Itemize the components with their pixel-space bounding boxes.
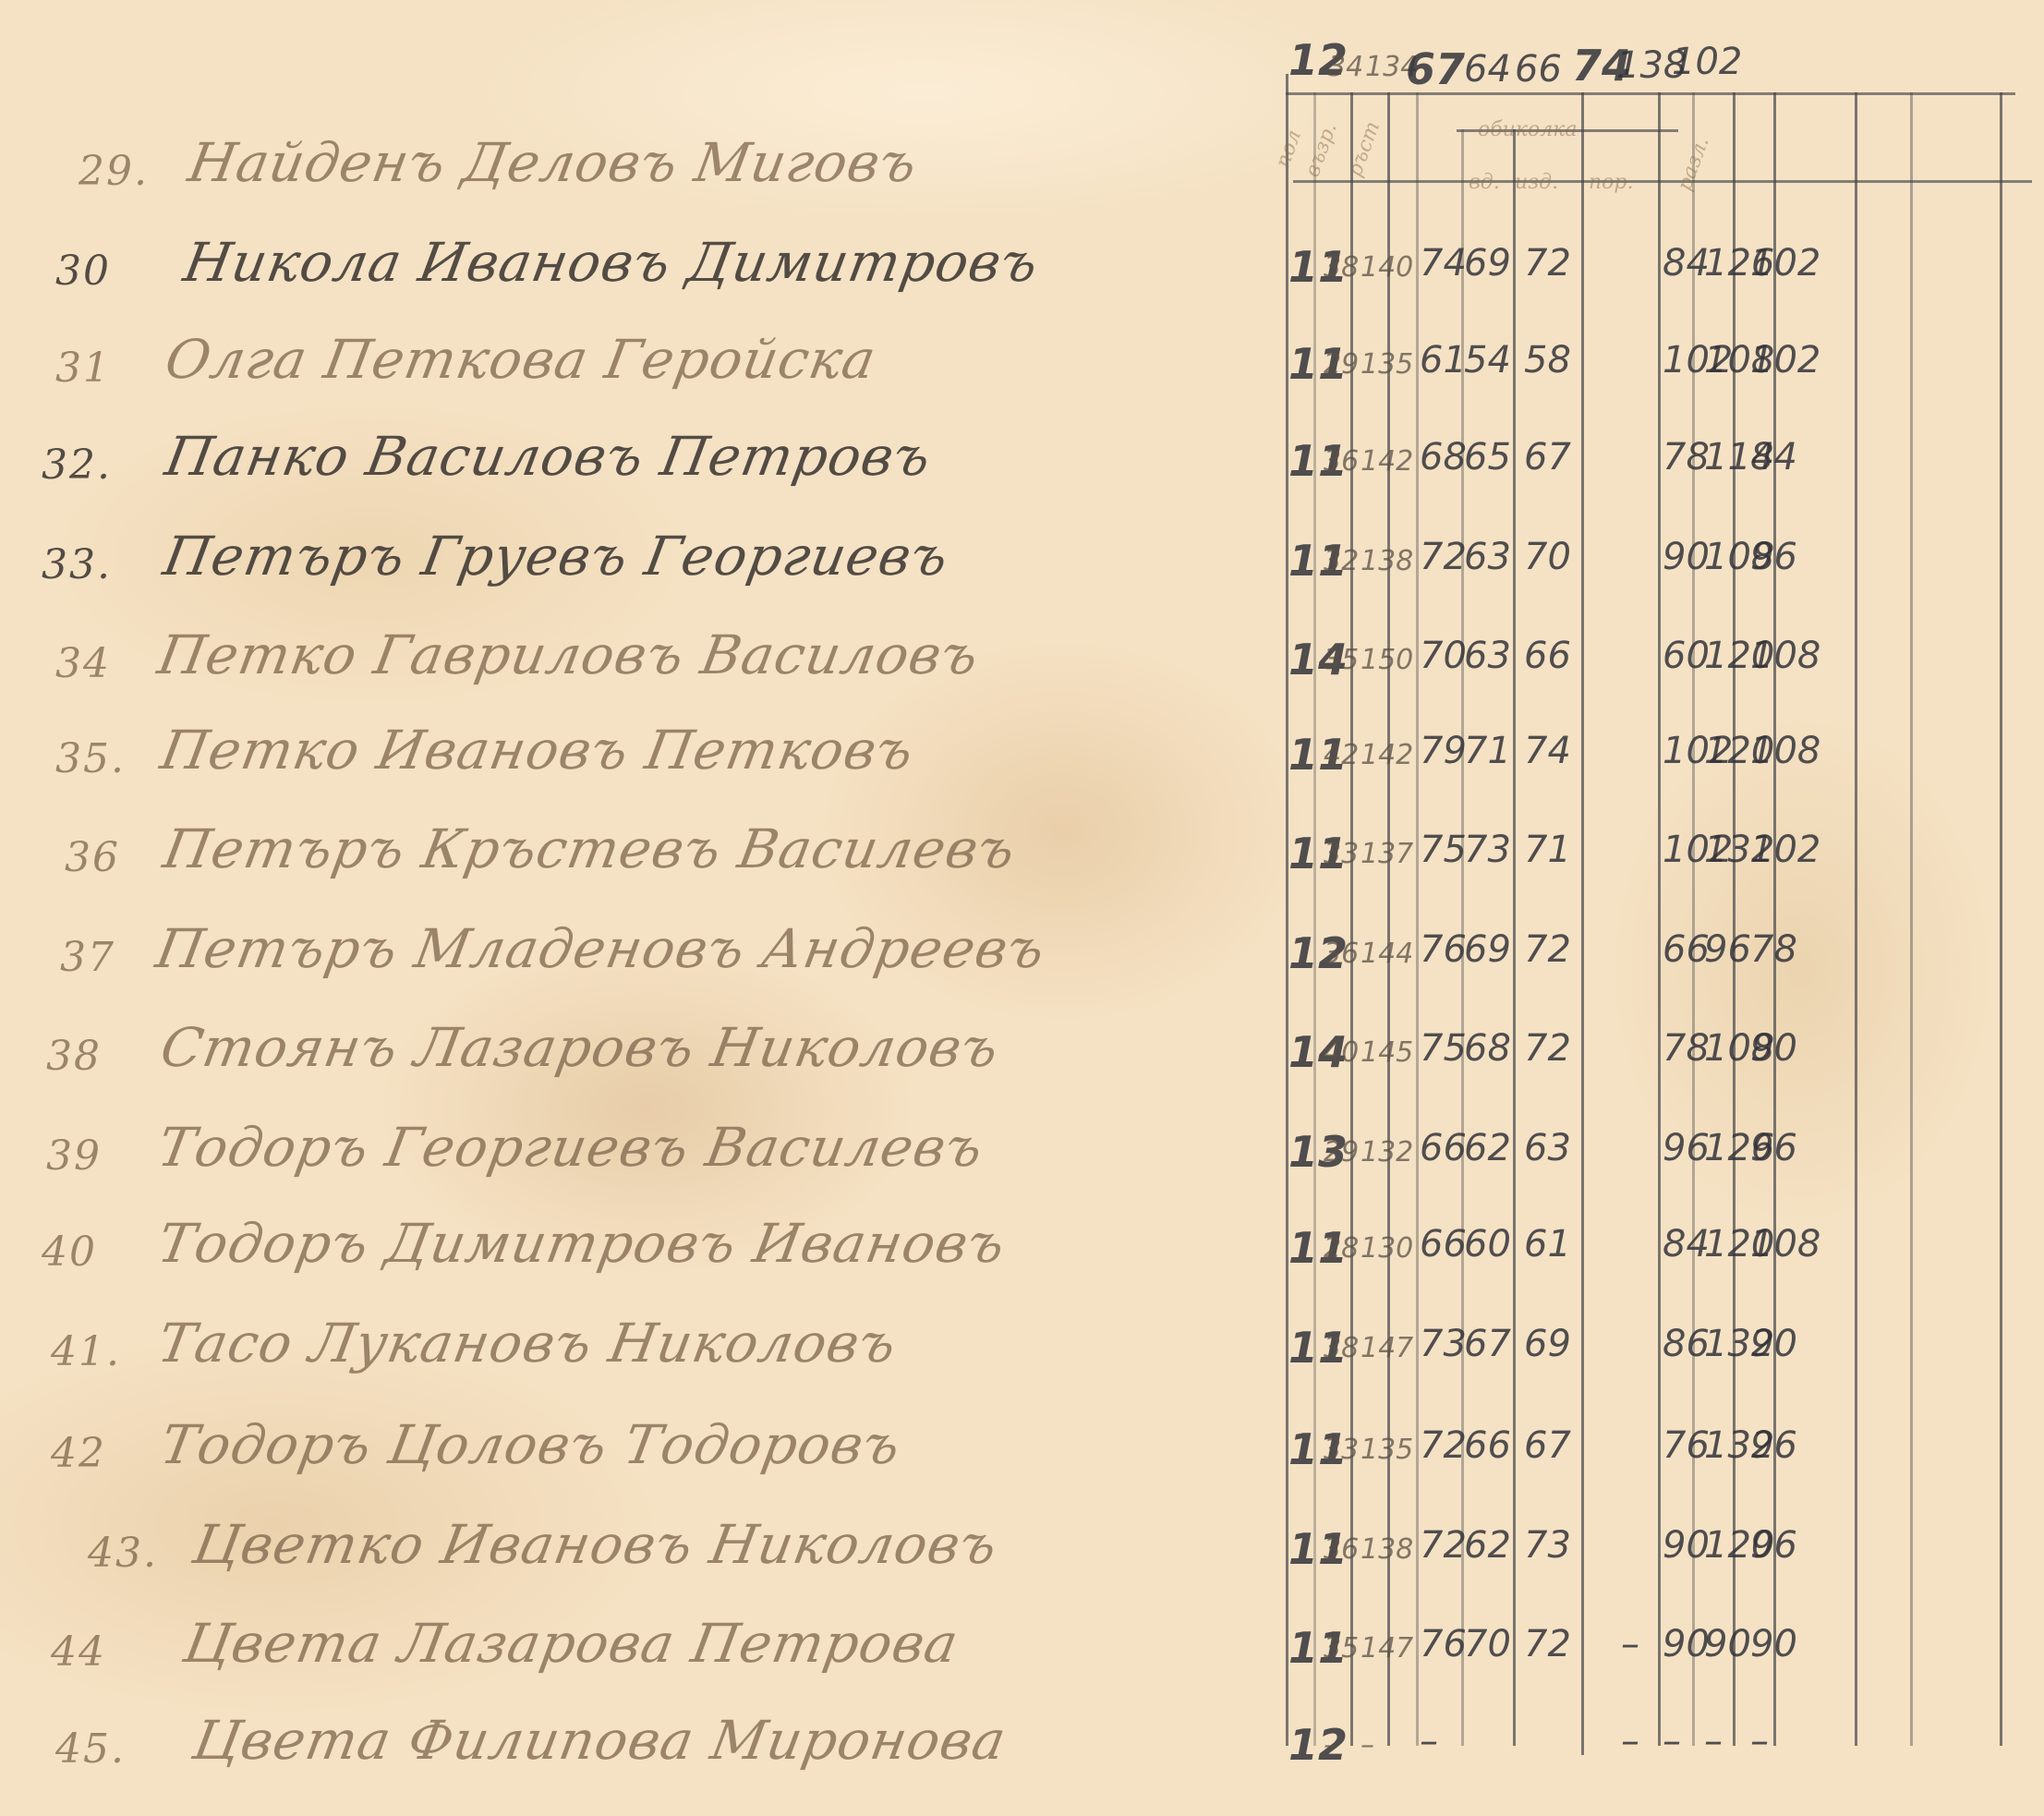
row-number: 29. xyxy=(79,148,149,195)
measurement-cell: 72 xyxy=(1420,1424,1467,1467)
measurement-cell: 96 xyxy=(1663,1127,1710,1169)
header-value: 34 xyxy=(1328,51,1363,83)
measurement-cell: 29 xyxy=(1324,1136,1359,1168)
measurement-cell: 140 xyxy=(1361,251,1413,284)
measurement-cell: 70 xyxy=(1420,635,1467,677)
measurement-cell: 96 xyxy=(1704,928,1751,971)
measurement-cell: – xyxy=(1420,1720,1438,1762)
measurement-cell: 69 xyxy=(1524,1323,1571,1365)
measurement-cell: 102 xyxy=(1750,339,1820,381)
column-divider xyxy=(1910,92,1913,1746)
row-number: 39 xyxy=(46,1132,102,1180)
measurement-cell: 74 xyxy=(1524,730,1571,772)
row-number: 34 xyxy=(55,640,111,687)
measurement-cell: 35 xyxy=(1324,1632,1359,1665)
header-bottom-rule xyxy=(1293,180,2032,183)
measurement-cell: 102 xyxy=(1750,829,1820,871)
column-divider xyxy=(1350,92,1353,1746)
measurement-cell: 72 xyxy=(1420,536,1467,578)
measurement-cell: 66 xyxy=(1464,1424,1511,1467)
measurement-cell: 67 xyxy=(1464,1323,1511,1365)
measurement-cell: 42 xyxy=(1324,739,1359,771)
measurement-cell: 72 xyxy=(1524,242,1571,285)
measurement-cell: 79 xyxy=(1420,730,1467,772)
person-name: Петко Гавриловъ Василовъ xyxy=(153,623,984,686)
measurement-cell: 66 xyxy=(1663,928,1710,971)
measurement-cell: 35 xyxy=(1324,644,1359,676)
row-number: 37 xyxy=(60,934,115,981)
measurement-cell: 76 xyxy=(1663,1424,1710,1467)
measurement-cell: 75 xyxy=(1420,1027,1467,1070)
person-name: Тодоръ Георгиевъ Василевъ xyxy=(153,1116,988,1179)
person-name: Панко Василовъ Петровъ xyxy=(161,425,936,488)
measurement-cell: 71 xyxy=(1464,730,1511,772)
measurement-cell: 73 xyxy=(1464,829,1511,871)
header-value: 102 xyxy=(1672,41,1742,83)
measurement-cell: 108 xyxy=(1750,635,1820,677)
measurement-cell: 70 xyxy=(1464,1623,1511,1665)
measurement-cell: 66 xyxy=(1420,1127,1467,1169)
column-divider xyxy=(1286,74,1288,1746)
ledger-page: пол възр. ръст обиколка вд. изд. пор. ра… xyxy=(0,0,2044,1816)
row-number: 41. xyxy=(51,1328,121,1375)
measurement-cell: 142 xyxy=(1361,445,1413,478)
measurement-cell: 145 xyxy=(1361,1036,1413,1069)
measurement-cell: 132 xyxy=(1361,1136,1413,1168)
measurement-cell: 12 xyxy=(1288,1720,1348,1770)
measurement-cell: 36 xyxy=(1324,1533,1359,1566)
measurement-cell: 62 xyxy=(1464,1127,1511,1169)
measurement-cell: 54 xyxy=(1464,339,1511,381)
row-number: 43. xyxy=(88,1530,158,1577)
measurement-cell: 28 xyxy=(1324,1232,1359,1265)
measurement-cell: 60 xyxy=(1663,635,1710,677)
measurement-cell: 69 xyxy=(1464,242,1511,285)
column-header-label: възр. xyxy=(1301,120,1342,180)
measurement-cell: 76 xyxy=(1420,1623,1467,1665)
header-value: 66 xyxy=(1515,48,1562,91)
measurement-cell: 72 xyxy=(1420,1524,1467,1567)
column-divider xyxy=(1855,92,1857,1746)
measurement-cell: 138 xyxy=(1361,545,1413,577)
measurement-cell: 142 xyxy=(1361,739,1413,771)
measurement-cell: 76 xyxy=(1420,928,1467,971)
measurement-cell: 147 xyxy=(1361,1632,1413,1665)
column-divider xyxy=(1513,129,1516,1746)
person-name: Петъръ Младеновъ Андреевъ xyxy=(151,917,1050,980)
measurement-cell: 78 xyxy=(1750,928,1797,971)
row-number: 40 xyxy=(42,1229,97,1276)
measurement-cell: 96 xyxy=(1750,1127,1797,1169)
measurement-cell: 84 xyxy=(1663,242,1710,285)
measurement-cell: 66 xyxy=(1420,1223,1467,1265)
column-divider xyxy=(1387,92,1390,1746)
person-name: Никола Ивановъ Димитровъ xyxy=(179,231,1044,294)
measurement-cell: 33 xyxy=(1324,838,1359,870)
measurement-cell: 68 xyxy=(1420,436,1467,478)
measurement-cell: 66 xyxy=(1524,635,1571,677)
measurement-cell: 130 xyxy=(1361,1232,1413,1265)
measurement-cell: 67 xyxy=(1524,436,1571,478)
measurement-cell: 90 xyxy=(1663,1524,1710,1567)
measurement-cell: 96 xyxy=(1750,1524,1797,1567)
measurement-cell: 63 xyxy=(1464,635,1511,677)
measurement-cell: 69 xyxy=(1464,928,1511,971)
measurement-cell: 29 xyxy=(1324,348,1359,381)
measurement-cell: 90 xyxy=(1750,1623,1797,1665)
measurement-cell: 65 xyxy=(1464,436,1511,478)
measurement-cell: 38 xyxy=(1324,251,1359,284)
row-number: 32. xyxy=(42,442,112,489)
measurement-cell: – xyxy=(1621,1623,1639,1665)
measurement-cell: 72 xyxy=(1524,928,1571,971)
table-top-rule xyxy=(1286,92,2015,95)
measurement-cell: 74 xyxy=(1420,242,1467,285)
person-name: Найденъ Деловъ Миговъ xyxy=(184,131,922,194)
measurement-cell: 108 xyxy=(1750,1223,1820,1265)
measurement-cell: 67 xyxy=(1524,1424,1571,1467)
row-number: 44 xyxy=(51,1628,106,1676)
person-name: Петъръ Кръстевъ Василевъ xyxy=(159,817,1021,880)
row-number: 45. xyxy=(55,1725,126,1773)
column-header-label: обиколка xyxy=(1478,118,1578,141)
measurement-cell: 73 xyxy=(1420,1323,1467,1365)
measurement-cell: 90 xyxy=(1663,536,1710,578)
measurement-cell: – xyxy=(1324,1729,1337,1762)
row-number: 30 xyxy=(55,248,111,295)
measurement-cell: 62 xyxy=(1464,1524,1511,1567)
person-name: Тодоръ Цоловъ Тодоровъ xyxy=(156,1413,905,1476)
measurement-cell: 102 xyxy=(1750,242,1820,285)
measurement-cell: 33 xyxy=(1324,1434,1359,1466)
column-divider xyxy=(2000,92,2002,1746)
measurement-cell: 61 xyxy=(1420,339,1467,381)
measurement-cell: 32 xyxy=(1324,545,1359,577)
row-number: 42 xyxy=(51,1430,106,1477)
measurement-cell: 90 xyxy=(1663,1623,1710,1665)
measurement-cell: 138 xyxy=(1361,1533,1413,1566)
measurement-cell: 135 xyxy=(1361,348,1413,381)
measurement-cell: 96 xyxy=(1750,536,1797,578)
column-divider xyxy=(1416,92,1419,1746)
row-number: 36 xyxy=(65,834,120,881)
person-name: Стоянъ Лазаровъ Николовъ xyxy=(156,1016,1004,1079)
column-header-label: вд. xyxy=(1469,171,1500,194)
measurement-cell: 40 xyxy=(1324,1036,1359,1069)
column-divider xyxy=(1581,92,1584,1755)
row-number: 33. xyxy=(42,541,112,588)
person-name: Петъръ Груевъ Георгиевъ xyxy=(159,525,953,587)
measurement-cell: 78 xyxy=(1663,1027,1710,1070)
measurement-cell: 137 xyxy=(1361,838,1413,870)
measurement-cell: 96 xyxy=(1750,1424,1797,1467)
measurement-cell: 86 xyxy=(1663,1323,1710,1365)
person-name: Тодоръ Димитровъ Ивановъ xyxy=(153,1212,1010,1275)
column-header-label: изд. xyxy=(1515,171,1558,194)
header-value: 67 xyxy=(1406,44,1465,94)
measurement-cell: 144 xyxy=(1361,938,1413,970)
measurement-cell: 68 xyxy=(1464,1027,1511,1070)
measurement-cell: 38 xyxy=(1324,1332,1359,1364)
measurement-cell: 72 xyxy=(1524,1027,1571,1070)
column-header-label: ръст xyxy=(1344,118,1385,180)
person-name: Цвета Филипова Миронова xyxy=(188,1709,1011,1772)
measurement-cell: 90 xyxy=(1750,1027,1797,1070)
measurement-cell: – xyxy=(1750,1720,1769,1762)
measurement-cell: 73 xyxy=(1524,1524,1571,1567)
person-name: Цвета Лазарова Петрова xyxy=(179,1612,963,1675)
column-header-label: пол xyxy=(1272,127,1307,171)
row-number: 38 xyxy=(46,1033,102,1080)
measurement-cell: 135 xyxy=(1361,1434,1413,1466)
measurement-cell: 75 xyxy=(1420,829,1467,871)
person-name: Тасо Лукановъ Николовъ xyxy=(153,1312,901,1374)
measurement-cell: 72 xyxy=(1524,1623,1571,1665)
row-number: 31 xyxy=(55,345,111,392)
measurement-cell: 84 xyxy=(1663,1223,1710,1265)
measurement-cell: – xyxy=(1621,1720,1639,1762)
measurement-cell: 84 xyxy=(1750,436,1797,478)
measurement-cell: 71 xyxy=(1524,829,1571,871)
measurement-cell: 36 xyxy=(1324,445,1359,478)
measurement-cell: – xyxy=(1361,1729,1374,1762)
person-name: Петко Ивановъ Петковъ xyxy=(156,719,919,781)
measurement-cell: 58 xyxy=(1524,339,1571,381)
row-number: 35. xyxy=(55,735,126,782)
measurement-cell: – xyxy=(1704,1720,1723,1762)
measurement-cell: – xyxy=(1663,1720,1681,1762)
measurement-cell: 63 xyxy=(1524,1127,1571,1169)
header-value: 64 xyxy=(1464,48,1511,91)
header-sub-rule xyxy=(1457,129,1678,132)
person-name: Цветко Ивановъ Николовъ xyxy=(188,1513,1002,1576)
measurement-cell: 63 xyxy=(1464,536,1511,578)
measurement-cell: 147 xyxy=(1361,1332,1413,1364)
measurement-cell: 36 xyxy=(1324,938,1359,970)
measurement-cell: 78 xyxy=(1663,436,1710,478)
measurement-cell: 70 xyxy=(1524,536,1571,578)
measurement-cell: 61 xyxy=(1524,1223,1571,1265)
column-divider xyxy=(1658,92,1661,1746)
measurement-cell: 60 xyxy=(1464,1223,1511,1265)
measurement-cell: 108 xyxy=(1750,730,1820,772)
person-name: Олга Петкова Геройска xyxy=(161,328,881,391)
column-header-label: пор. xyxy=(1589,171,1634,194)
measurement-cell: 90 xyxy=(1704,1623,1751,1665)
column-header-label: разл. xyxy=(1674,134,1714,194)
measurement-cell: 90 xyxy=(1750,1323,1797,1365)
measurement-cell: 150 xyxy=(1361,644,1413,676)
